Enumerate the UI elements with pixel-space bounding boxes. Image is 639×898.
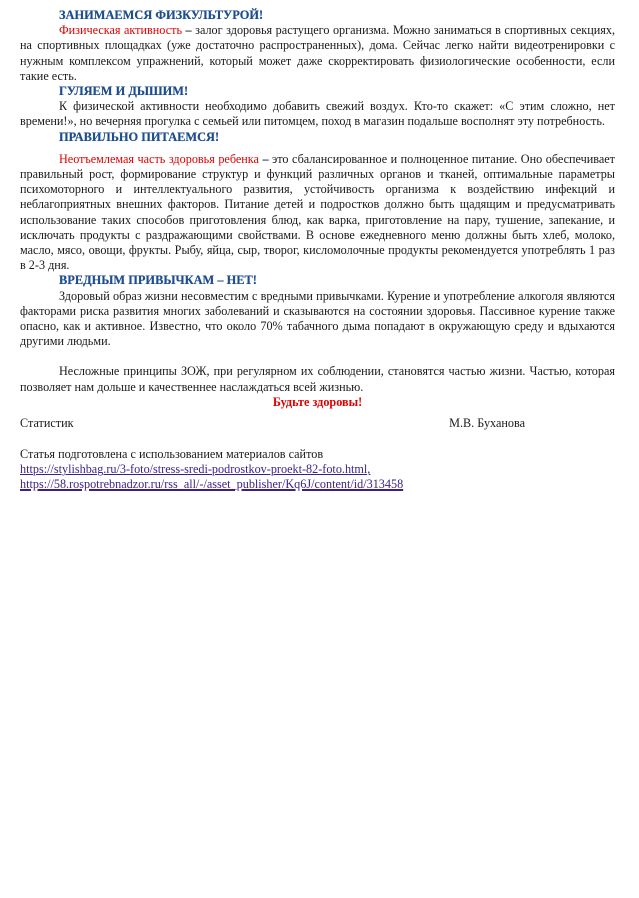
signature-role: Статистик [20,416,74,431]
paragraph-exercise: Физическая активность – залог здоровья р… [20,23,615,84]
highlight-phrase: Неотъемлемая часть здоровья ребенка [59,152,259,166]
paragraph-nutrition: Неотъемлемая часть здоровья ребенка – эт… [20,152,615,274]
paragraph-bad-habits: Здоровый образ жизни несовместим с вредн… [20,289,615,350]
highlight-phrase: Физическая активность [59,23,182,37]
sources-block: Статья подготовлена с использованием мат… [20,447,615,492]
signature-block: Статистик М.В. Буханова [20,416,615,431]
source-link-stylishbag[interactable]: https://stylishbag.ru/3-foto/stress-sred… [20,462,615,477]
paragraph-conclusion: Несложные принципы ЗОЖ, при регулярном и… [20,364,615,394]
section-heading-bad-habits: ВРЕДНЫМ ПРИВЫЧКАМ – НЕТ! [59,273,615,288]
source-link-rospotrebnadzor[interactable]: https://58.rospotrebnadzor.ru/rss_all/-/… [20,477,615,492]
paragraph-walking: К физической активности необходимо добав… [20,99,615,129]
document-page: ЗАНИМАЕМСЯ ФИЗКУЛЬТУРОЙ! Физическая акти… [20,8,615,492]
section-heading-exercise: ЗАНИМАЕМСЯ ФИЗКУЛЬТУРОЙ! [59,8,615,23]
closing-text: Будьте здоровы! [20,395,615,410]
sources-intro: Статья подготовлена с использованием мат… [20,447,615,462]
section-heading-nutrition: ПРАВИЛЬНО ПИТАЕМСЯ! [59,130,615,145]
section-heading-walking: ГУЛЯЕМ И ДЫШИМ! [59,84,615,99]
signature-name: М.В. Буханова [449,416,525,431]
